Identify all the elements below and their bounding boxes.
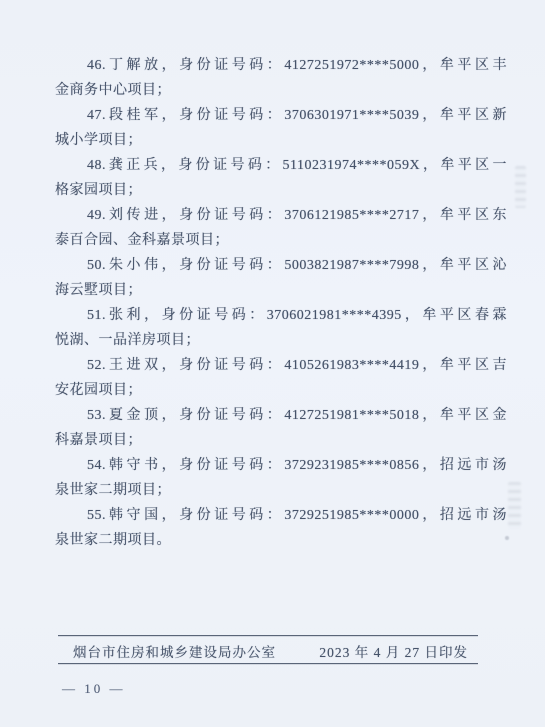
entry-line: 50.朱小伟，身份证号码：5003821987****7998，牟平区沁 bbox=[55, 253, 507, 278]
entry-line: 48.龚正兵，身份证号码：5110231974****059X，牟平区一 bbox=[55, 153, 507, 178]
colophon-row: 烟台市住房和城乡建设局办公室 2023 年 4 月 27 日印发 bbox=[58, 639, 478, 662]
bleed-through-dot bbox=[505, 536, 509, 540]
issuing-office: 烟台市住房和城乡建设局办公室 bbox=[73, 641, 276, 661]
entry-line: 53.夏金顶，身份证号码：4127251981****5018，牟平区金 bbox=[55, 403, 507, 428]
list-item: 49.刘传进，身份证号码：3706121985****2717，牟平区东 泰百合… bbox=[55, 203, 507, 253]
bleed-through-mark bbox=[515, 166, 526, 208]
list-item: 50.朱小伟，身份证号码：5003821987****7998，牟平区沁 海云墅… bbox=[55, 253, 507, 303]
entry-line: 52.王进双，身份证号码：4105261983****4419，牟平区吉 bbox=[55, 353, 507, 378]
entry-line: 海云墅项目； bbox=[55, 278, 507, 303]
document-page: 46.丁解放，身份证号码：4127251972****5000，牟平区丰 金商务… bbox=[0, 0, 545, 727]
list-item: 55.韩守国，身份证号码：3729251985****0000，招远市汤 泉世家… bbox=[55, 503, 507, 553]
list-item: 51.张利，身份证号码：3706021981****4395，牟平区春霖 悦湖、… bbox=[55, 303, 507, 353]
entry-line: 泉世家二期项目。 bbox=[55, 528, 507, 553]
page-number: — 10 — bbox=[62, 681, 126, 697]
print-date: 2023 年 4 月 27 日印发 bbox=[319, 641, 468, 661]
list-item: 54.韩守书，身份证号码：3729231985****0856，招远市汤 泉世家… bbox=[55, 453, 507, 503]
entry-line: 金商务中心项目； bbox=[55, 78, 507, 103]
list-item: 48.龚正兵，身份证号码：5110231974****059X，牟平区一 格家园… bbox=[55, 153, 507, 203]
entry-list: 46.丁解放，身份证号码：4127251972****5000，牟平区丰 金商务… bbox=[55, 53, 507, 553]
entry-line: 49.刘传进，身份证号码：3706121985****2717，牟平区东 bbox=[55, 203, 507, 228]
entry-line: 悦湖、一品洋房项目； bbox=[55, 328, 507, 353]
entry-line: 泰百合园、金科嘉景项目； bbox=[55, 228, 507, 253]
entry-line: 科嘉景项目； bbox=[55, 428, 507, 453]
entry-line: 46.丁解放，身份证号码：4127251972****5000，牟平区丰 bbox=[55, 53, 507, 78]
entry-line: 51.张利，身份证号码：3706021981****4395，牟平区春霖 bbox=[55, 303, 507, 328]
list-item: 52.王进双，身份证号码：4105261983****4419，牟平区吉 安花园… bbox=[55, 353, 507, 403]
entry-line: 城小学项目； bbox=[55, 128, 507, 153]
list-item: 46.丁解放，身份证号码：4127251972****5000，牟平区丰 金商务… bbox=[55, 53, 507, 103]
list-item: 47.段桂军，身份证号码：3706301971****5039，牟平区新 城小学… bbox=[55, 103, 507, 153]
list-item: 53.夏金顶，身份证号码：4127251981****5018，牟平区金 科嘉景… bbox=[55, 403, 507, 453]
entry-line: 安花园项目； bbox=[55, 378, 507, 403]
entry-line: 55.韩守国，身份证号码：3729251985****0000，招远市汤 bbox=[55, 503, 507, 528]
entry-line: 格家园项目； bbox=[55, 178, 507, 203]
entry-line: 泉世家二期项目； bbox=[55, 478, 507, 503]
bleed-through-mark bbox=[508, 482, 521, 530]
entry-line: 47.段桂军，身份证号码：3706301971****5039，牟平区新 bbox=[55, 103, 507, 128]
colophon-bottom-rule bbox=[58, 663, 478, 664]
entry-line: 54.韩守书，身份证号码：3729231985****0856，招远市汤 bbox=[55, 453, 507, 478]
colophon-top-rule bbox=[58, 635, 478, 636]
